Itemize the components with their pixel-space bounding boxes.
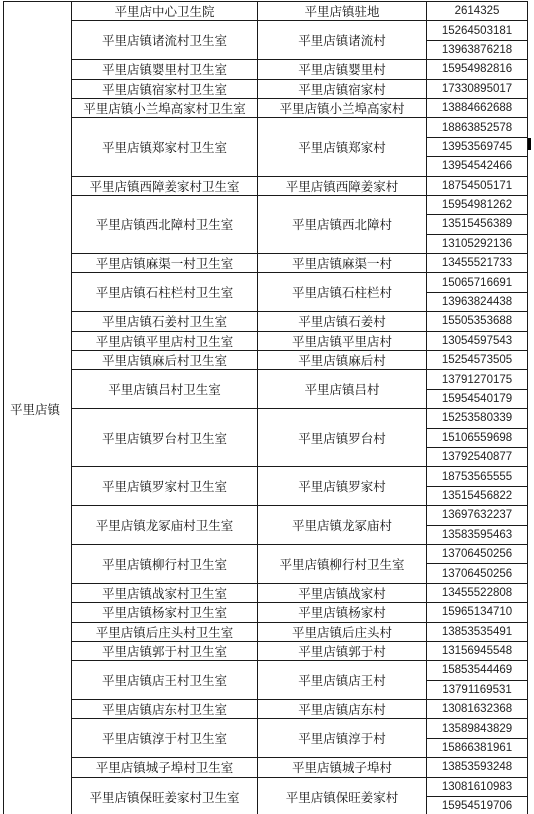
clinic-name-cell: 平里店中心卫生院 — [72, 2, 258, 21]
phone-number-cell: 13791270175 — [427, 370, 528, 389]
village-location-cell: 平里店镇郭于村 — [258, 641, 427, 660]
clinic-name-cell: 平里店镇淳于村卫生室 — [72, 719, 258, 758]
clinic-name-cell: 平里店镇罗家村卫生室 — [72, 467, 258, 506]
village-location-cell: 平里店镇保旺姜家村 — [258, 777, 427, 814]
phone-number-cell: 15264503181 — [427, 21, 528, 40]
phone-number-cell: 15065716691 — [427, 273, 528, 292]
table-row: 平里店镇西障姜家村卫生室平里店镇西障姜家村18754505171 — [4, 176, 528, 195]
clinic-name-cell: 平里店镇城子埠村卫生室 — [72, 758, 258, 777]
phone-number-cell: 15253580339 — [427, 409, 528, 428]
village-location-cell: 平里店镇婴里村 — [258, 60, 427, 79]
phone-number-cell: 18754505171 — [427, 176, 528, 195]
clinic-name-cell: 平里店镇战家村卫生室 — [72, 583, 258, 602]
phone-number-cell: 15965134710 — [427, 603, 528, 622]
clinic-name-cell: 平里店镇小兰埠高家村卫生室 — [72, 98, 258, 117]
table-row: 平里店镇小兰埠高家村卫生室平里店镇小兰埠高家村13884662688 — [4, 98, 528, 117]
table-row: 平里店镇诸流村卫生室平里店镇诸流村15264503181 — [4, 21, 528, 40]
phone-number-cell: 15254573505 — [427, 351, 528, 370]
table-row: 平里店镇平里店村卫生室平里店镇平里店村13054597543 — [4, 331, 528, 350]
table-row: 平里店镇保旺姜家村卫生室平里店镇保旺姜家村13081610983 — [4, 777, 528, 796]
table-row: 平里店镇郑家村卫生室平里店镇郑家村18863852578 — [4, 118, 528, 137]
table-row: 平里店镇石柱栏村卫生室平里店镇石柱栏村15065716691 — [4, 273, 528, 292]
table-row: 平里店镇罗台村卫生室平里店镇罗台村15253580339 — [4, 409, 528, 428]
table-row: 平里店镇店王村卫生室平里店镇店王村15853544469 — [4, 661, 528, 680]
clinic-name-cell: 平里店镇后庄头村卫生室 — [72, 622, 258, 641]
table-row: 平里店镇麻渠一村卫生室平里店镇麻渠一村13455521733 — [4, 254, 528, 273]
phone-number-cell: 18753565555 — [427, 467, 528, 486]
phone-number-cell: 13589843829 — [427, 719, 528, 738]
phone-number-cell: 15106559698 — [427, 428, 528, 447]
phone-number-cell: 13954542466 — [427, 157, 528, 176]
table-row: 平里店镇西北障村卫生室平里店镇西北障村15954981262 — [4, 195, 528, 214]
phone-number-cell: 15853544469 — [427, 661, 528, 680]
phone-number-cell: 13455521733 — [427, 254, 528, 273]
table-row: 平里店镇杨家村卫生室平里店镇杨家村15965134710 — [4, 603, 528, 622]
clinic-name-cell: 平里店镇宿家村卫生室 — [72, 79, 258, 98]
village-location-cell: 平里店镇战家村 — [258, 583, 427, 602]
phone-number-cell: 13853535491 — [427, 622, 528, 641]
phone-number-cell: 13455522808 — [427, 583, 528, 602]
phone-number-cell: 15954540179 — [427, 389, 528, 408]
clinic-name-cell: 平里店镇吕村卫生室 — [72, 370, 258, 409]
table-row: 平里店镇麻后村卫生室平里店镇麻后村15254573505 — [4, 351, 528, 370]
village-location-cell: 平里店镇小兰埠高家村 — [258, 98, 427, 117]
village-location-cell: 平里店镇驻地 — [258, 2, 427, 21]
village-location-cell: 平里店镇龙冢庙村 — [258, 506, 427, 545]
village-location-cell: 平里店镇城子埠村 — [258, 758, 427, 777]
phone-number-cell: 13792540877 — [427, 447, 528, 466]
clinic-name-cell: 平里店镇麻后村卫生室 — [72, 351, 258, 370]
clinic-name-cell: 平里店镇婴里村卫生室 — [72, 60, 258, 79]
clinic-name-cell: 平里店镇柳行村卫生室 — [72, 544, 258, 583]
village-location-cell: 平里店镇麻渠一村 — [258, 254, 427, 273]
village-location-cell: 平里店镇淳于村 — [258, 719, 427, 758]
village-location-cell: 平里店镇杨家村 — [258, 603, 427, 622]
table-row: 平里店镇城子埠村卫生室平里店镇城子埠村13853593248 — [4, 758, 528, 777]
table-row: 平里店镇龙冢庙村卫生室平里店镇龙冢庙村13697632237 — [4, 506, 528, 525]
clinic-name-cell: 平里店镇罗台村卫生室 — [72, 409, 258, 467]
phone-number-cell: 15954982816 — [427, 60, 528, 79]
table-row: 平里店镇吕村卫生室平里店镇吕村13791270175 — [4, 370, 528, 389]
table-row: 平里店镇郭于村卫生室平里店镇郭于村13156945548 — [4, 641, 528, 660]
table-row: 平里店镇战家村卫生室平里店镇战家村13455522808 — [4, 583, 528, 602]
clinic-name-cell: 平里店镇郭于村卫生室 — [72, 641, 258, 660]
village-location-cell: 平里店镇店东村 — [258, 700, 427, 719]
table-row: 平里店镇店东村卫生室平里店镇店东村13081632368 — [4, 700, 528, 719]
phone-number-cell: 13583595463 — [427, 525, 528, 544]
village-location-cell: 平里店镇郑家村 — [258, 118, 427, 176]
phone-number-cell: 13853593248 — [427, 758, 528, 777]
table-row: 平里店镇淳于村卫生室平里店镇淳于村13589843829 — [4, 719, 528, 738]
village-location-cell: 平里店镇柳行村卫生室 — [258, 544, 427, 583]
table-row: 平里店镇婴里村卫生室平里店镇婴里村15954982816 — [4, 60, 528, 79]
table-row: 平里店镇平里店中心卫生院平里店镇驻地2614325 — [4, 2, 528, 21]
village-location-cell: 平里店镇麻后村 — [258, 351, 427, 370]
phone-number-cell: 13105292136 — [427, 234, 528, 253]
clinic-name-cell: 平里店镇西障姜家村卫生室 — [72, 176, 258, 195]
village-location-cell: 平里店镇石柱栏村 — [258, 273, 427, 312]
phone-number-cell: 13706450256 — [427, 544, 528, 563]
phone-number-cell: 13884662688 — [427, 98, 528, 117]
village-location-cell: 平里店镇罗家村 — [258, 467, 427, 506]
phone-number-cell: 13081610983 — [427, 777, 528, 796]
phone-number-cell: 13081632368 — [427, 700, 528, 719]
village-location-cell: 平里店镇西障姜家村 — [258, 176, 427, 195]
town-name-cell: 平里店镇 — [4, 2, 72, 814]
phone-number-cell: 13791169531 — [427, 680, 528, 699]
clinic-name-cell: 平里店镇杨家村卫生室 — [72, 603, 258, 622]
clinic-name-cell: 平里店镇店王村卫生室 — [72, 661, 258, 700]
phone-number-cell: 15866381961 — [427, 738, 528, 757]
phone-number-cell: 2614325 — [427, 2, 528, 21]
phone-number-cell: 15954981262 — [427, 195, 528, 214]
table-row: 平里店镇后庄头村卫生室平里店镇后庄头村13853535491 — [4, 622, 528, 641]
clinic-name-cell: 平里店镇诸流村卫生室 — [72, 21, 258, 60]
village-location-cell: 平里店镇西北障村 — [258, 195, 427, 253]
phone-number-cell: 13706450256 — [427, 564, 528, 583]
clinic-name-cell: 平里店镇平里店村卫生室 — [72, 331, 258, 350]
phone-number-cell: 13963876218 — [427, 40, 528, 59]
village-location-cell: 平里店镇吕村 — [258, 370, 427, 409]
clinic-name-cell: 平里店镇西北障村卫生室 — [72, 195, 258, 253]
phone-number-cell: 17330895017 — [427, 79, 528, 98]
table-row: 平里店镇柳行村卫生室平里店镇柳行村卫生室13706450256 — [4, 544, 528, 563]
phone-number-cell: 13156945548 — [427, 641, 528, 660]
village-location-cell: 平里店镇店王村 — [258, 661, 427, 700]
clinic-name-cell: 平里店镇石姜村卫生室 — [72, 312, 258, 331]
phone-number-cell: 15954519706 — [427, 797, 528, 814]
scroll-position-marker — [528, 138, 531, 150]
village-location-cell: 平里店镇宿家村 — [258, 79, 427, 98]
phone-number-cell: 13697632237 — [427, 506, 528, 525]
phone-number-cell: 18863852578 — [427, 118, 528, 137]
clinic-name-cell: 平里店镇店东村卫生室 — [72, 700, 258, 719]
phone-number-cell: 13953569745 — [427, 137, 528, 156]
clinic-name-cell: 平里店镇麻渠一村卫生室 — [72, 254, 258, 273]
phone-number-cell: 15505353688 — [427, 312, 528, 331]
phone-number-cell: 13054597543 — [427, 331, 528, 350]
village-location-cell: 平里店镇平里店村 — [258, 331, 427, 350]
table-row: 平里店镇罗家村卫生室平里店镇罗家村18753565555 — [4, 467, 528, 486]
village-location-cell: 平里店镇后庄头村 — [258, 622, 427, 641]
clinic-directory-body: 平里店镇平里店中心卫生院平里店镇驻地2614325平里店镇诸流村卫生室平里店镇诸… — [4, 2, 528, 814]
phone-number-cell: 13515456822 — [427, 486, 528, 505]
table-row: 平里店镇宿家村卫生室平里店镇宿家村17330895017 — [4, 79, 528, 98]
clinic-name-cell: 平里店镇龙冢庙村卫生室 — [72, 506, 258, 545]
phone-number-cell: 13963824438 — [427, 292, 528, 311]
village-location-cell: 平里店镇诸流村 — [258, 21, 427, 60]
clinic-name-cell: 平里店镇郑家村卫生室 — [72, 118, 258, 176]
table-row: 平里店镇石姜村卫生室平里店镇石姜村15505353688 — [4, 312, 528, 331]
clinic-directory-table: 平里店镇平里店中心卫生院平里店镇驻地2614325平里店镇诸流村卫生室平里店镇诸… — [3, 1, 528, 814]
village-location-cell: 平里店镇罗台村 — [258, 409, 427, 467]
clinic-name-cell: 平里店镇石柱栏村卫生室 — [72, 273, 258, 312]
phone-number-cell: 13515456389 — [427, 215, 528, 234]
village-location-cell: 平里店镇石姜村 — [258, 312, 427, 331]
clinic-name-cell: 平里店镇保旺姜家村卫生室 — [72, 777, 258, 814]
